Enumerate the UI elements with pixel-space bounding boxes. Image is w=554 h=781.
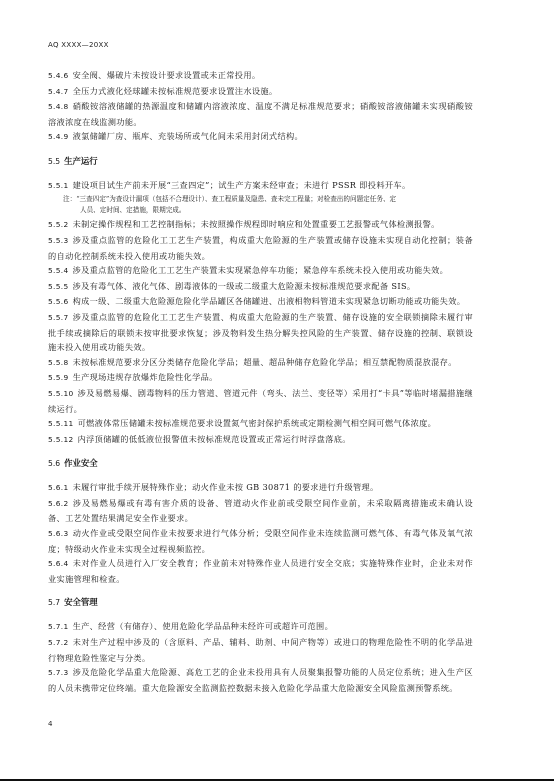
page-number: 4: [48, 720, 52, 728]
clause-5-5-11: 5.5.11可燃液体常压储罐未按标准规范要求设置氮气密封保护系统或定期检测气相空…: [48, 416, 473, 432]
clause-5-4-8: 5.4.8硝酸铵溶液储罐的热源温度和储罐内溶液浓度、温度不满足标准规范要求；硝酸…: [48, 99, 473, 129]
section-5-5: 5.5生产运行 5.5.1建设项目试生产前未开展“三查四定”；试生产方案未经审查…: [48, 154, 473, 447]
clause-5-5-7: 5.5.7涉及重点监管的危险化工工艺生产装置、构成重大危险源的生产装置、储存设施…: [48, 310, 473, 355]
clause-5-4-6: 5.4.6安全阀、爆破片未按设计要求设置或未正常投用。: [48, 68, 473, 84]
clause-5-5-2: 5.5.2未制定操作规程和工艺控制指标；未按照操作规程即时响应和处置重要工艺报警…: [48, 217, 473, 233]
clause-5-5-12: 5.5.12内浮顶储罐的低低液位报警值未按标准规范设置或正常运行时浮盘落底。: [48, 432, 473, 448]
clause-5-5-5: 5.5.5涉及有毒气体、液化气体、剧毒液体的一级或二级重大危险源未按标准规范要求…: [48, 279, 473, 295]
clause-5-6-3: 5.6.3动火作业或受限空间作业未按要求进行气体分析；受限空间作业未连续监测可燃…: [48, 526, 473, 556]
clause-5-5-1: 5.5.1建设项目试生产前未开展“三查四定”；试生产方案未经审查；未进行 PSS…: [48, 178, 473, 194]
clause-5-5-4: 5.5.4涉及重点监管的危险化工工艺生产装置未实现紧急停车功能；紧急停车系统未投…: [48, 263, 473, 279]
section-heading-safety-management: 5.7安全管理: [48, 595, 473, 610]
section-5-6: 5.6作业安全 5.6.1未履行审批手续开展特殊作业；动火作业未按 GB 308…: [48, 456, 473, 586]
clause-5-6-1: 5.6.1未履行审批手续开展特殊作业；动火作业未按 GB 30871 的要求进行…: [48, 480, 473, 496]
section-heading-work-safety: 5.6作业安全: [48, 456, 473, 471]
clause-5-4-7: 5.4.7全压力式液化烃球罐未按标准规范要求设置注水设施。: [48, 84, 473, 100]
clause-5-5-8: 5.5.8未按标准规范要求分区分类储存危险化学品；超量、超品种储存危险化学品；相…: [48, 355, 473, 371]
clause-5-5-10: 5.5.10涉及易燃易爆、剧毒物料的压力管道、管道元件（弯头、法兰、变径等）采用…: [48, 386, 473, 416]
section-5-7: 5.7安全管理 5.7.1生产、经营（有储存）、使用危险化学品品种未经许可或超许…: [48, 595, 473, 695]
document-page: AQ XXXX—20XX 5.4.6安全阀、爆破片未按设计要求设置或未正常投用。…: [0, 0, 554, 781]
note-three-checks: 注：“三查四定”为查设计漏项（包括不合理设计）、查工程质量及隐患、查未完工程量；…: [48, 194, 473, 217]
clause-5-4-9: 5.4.9液氯储罐厂房、瓶库、充装场所或气化间未采用封闭式结构。: [48, 129, 473, 145]
document-code: AQ XXXX—20XX: [48, 41, 109, 49]
clause-5-6-4: 5.6.4未对作业人员进行入厂安全教育；作业前未对特殊作业人员进行安全交底；实施…: [48, 556, 473, 586]
section-heading-production: 5.5生产运行: [48, 154, 473, 169]
document-body: 5.4.6安全阀、爆破片未按设计要求设置或未正常投用。 5.4.7全压力式液化烃…: [48, 68, 473, 695]
clause-5-7-2: 5.7.2未对生产过程中涉及的（含原料、产品、辅料、助剂、中间产物等）或进口的物…: [48, 635, 473, 665]
clause-5-5-6: 5.5.6构成一级、二级重大危险源危险化学品罐区各储罐进、出液相物料管道未实现紧…: [48, 294, 473, 310]
clause-5-6-2: 5.6.2涉及易燃易爆或有毒有害介质的设备、管道动火作业前或受限空间作业前，未采…: [48, 496, 473, 526]
clause-group-5-4: 5.4.6安全阀、爆破片未按设计要求设置或未正常投用。 5.4.7全压力式液化烃…: [48, 68, 473, 145]
clause-5-5-3: 5.5.3涉及重点监管的危险化工工艺生产装置，构成重大危险源的生产装置或储存设施…: [48, 233, 473, 263]
clause-5-7-3: 5.7.3涉及危险化学品重大危险源、高危工艺的企业未投用具有人员聚集报警功能的人…: [48, 665, 473, 695]
clause-5-5-9: 5.5.9生产现场违规存放爆炸危险性化学品。: [48, 370, 473, 386]
clause-5-7-1: 5.7.1生产、经营（有储存）、使用危险化学品品种未经许可或超许可范围。: [48, 619, 473, 635]
